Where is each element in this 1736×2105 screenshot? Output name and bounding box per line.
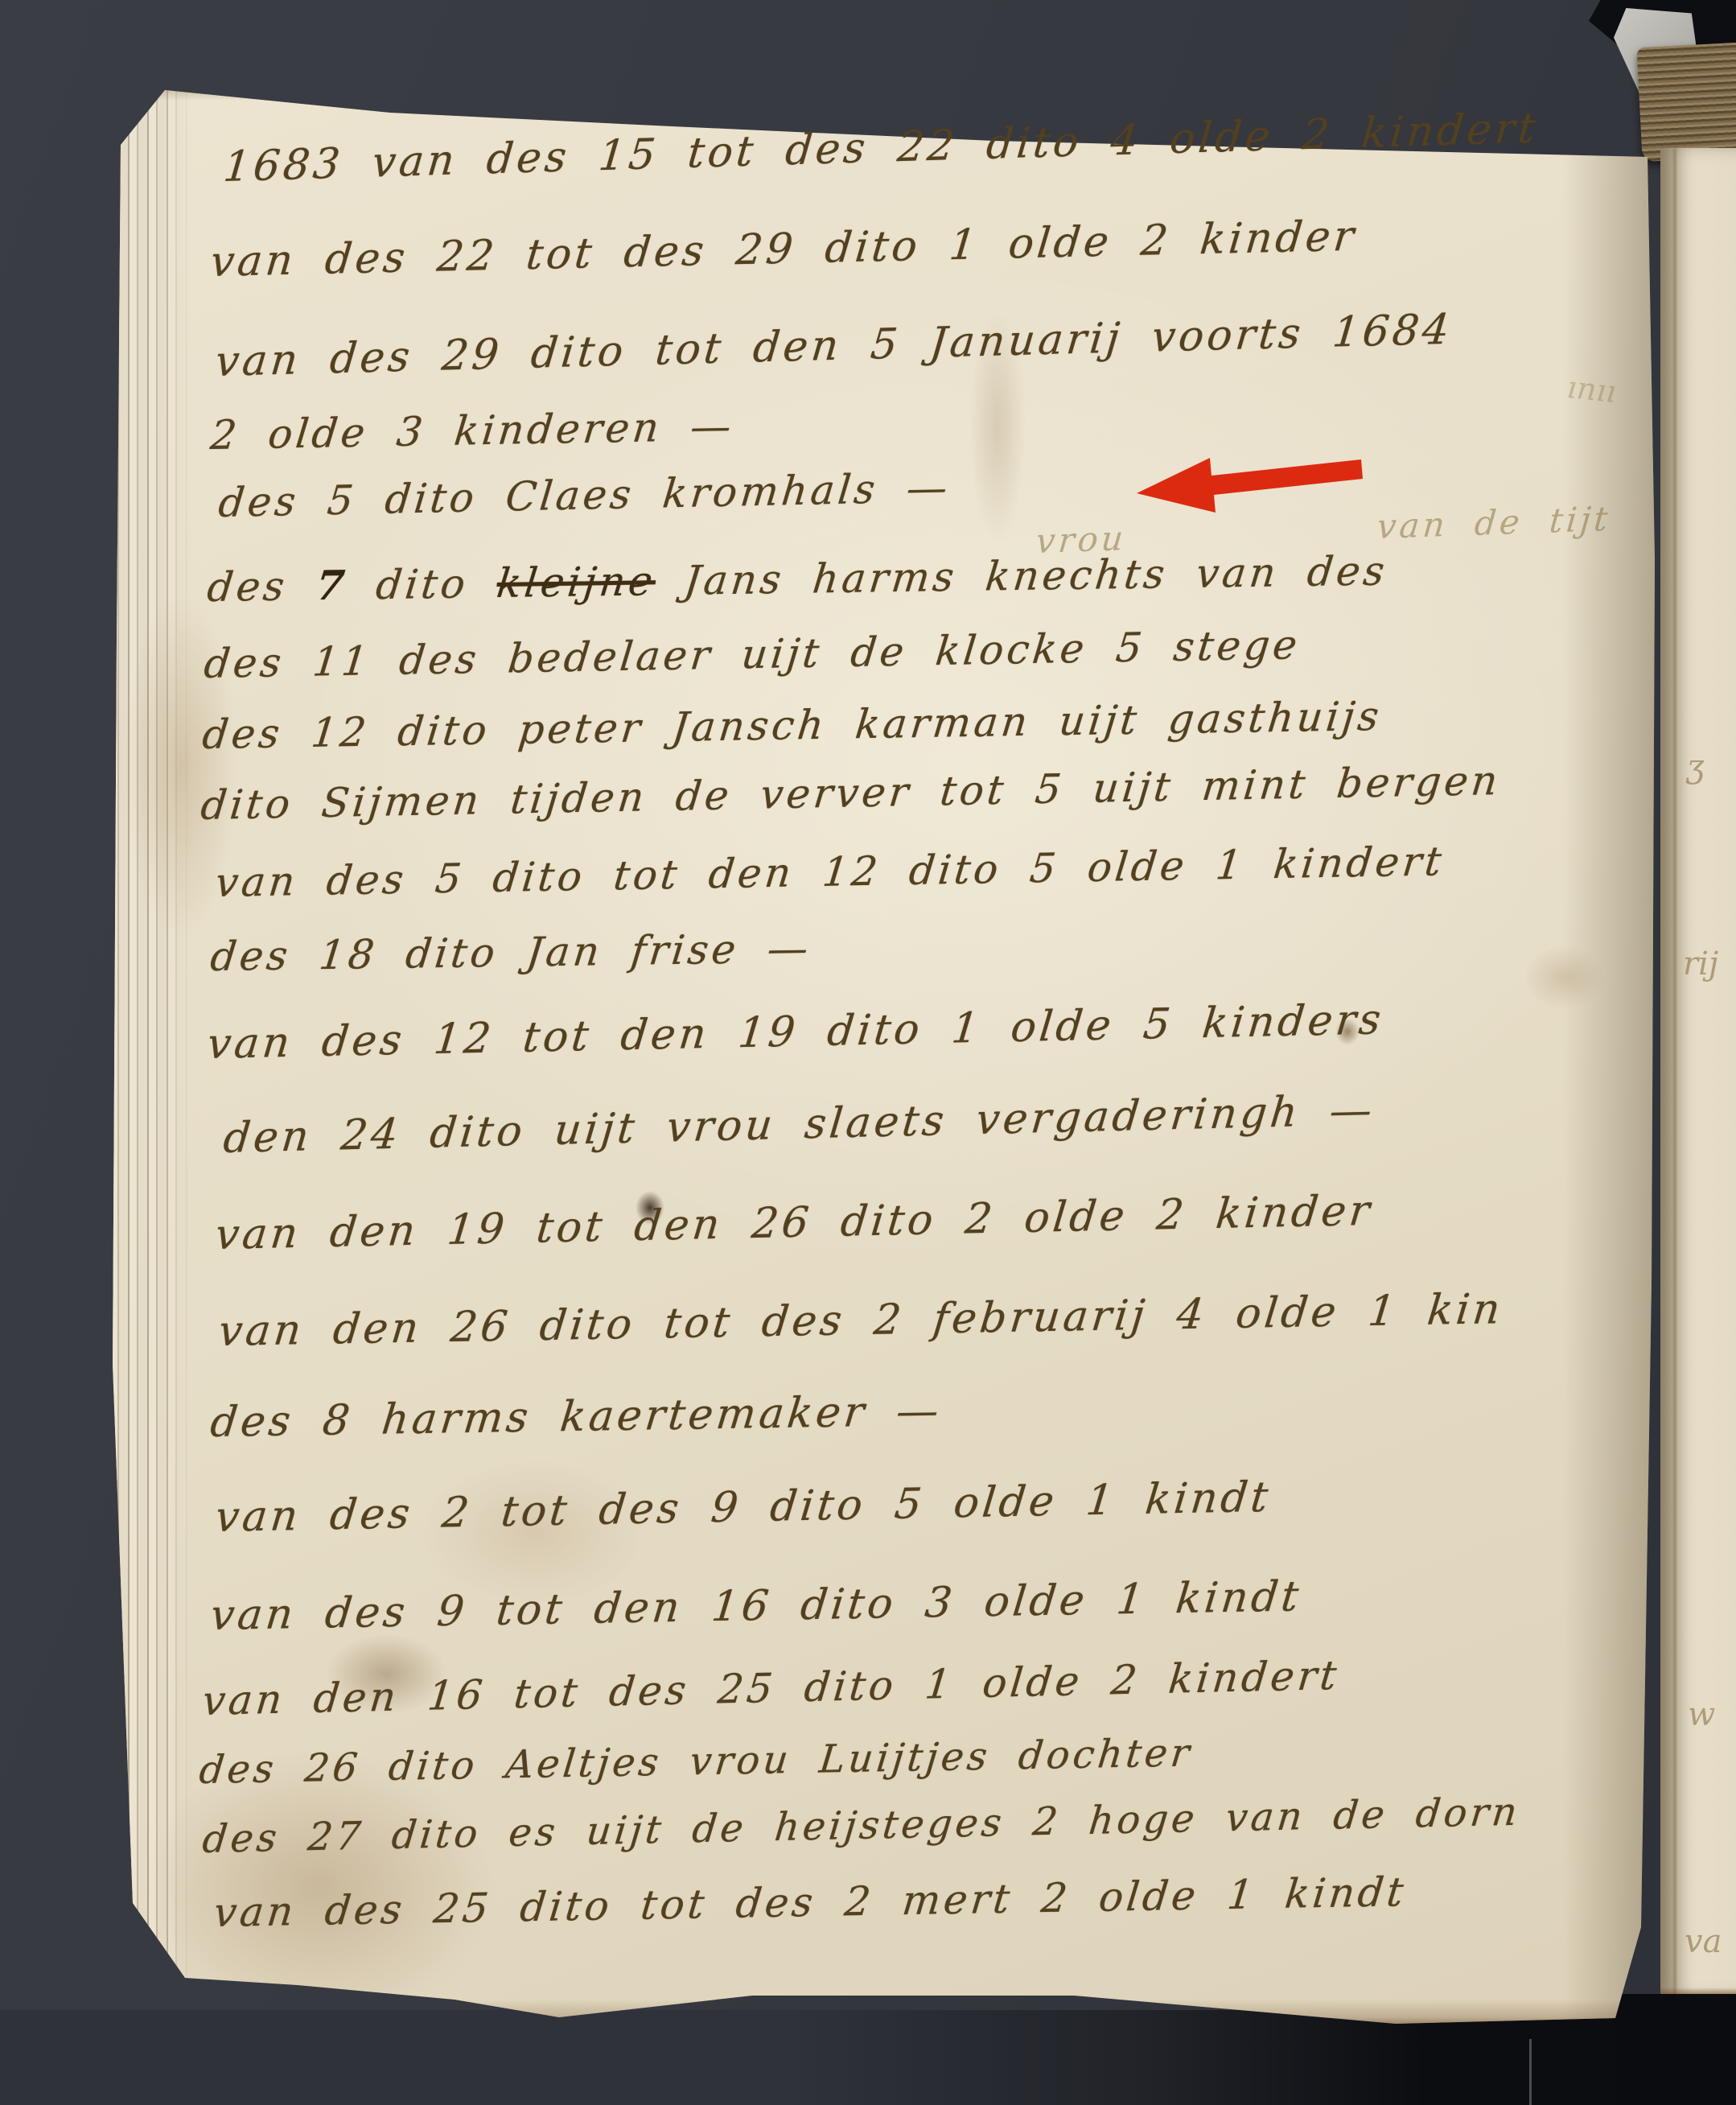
margin-fragment: w (1688, 1696, 1715, 1733)
line-part: des (205, 562, 319, 611)
struck-word: kleijne (495, 558, 658, 607)
margin-fragment: ʒ (1686, 748, 1705, 785)
margin-fragment: rij (1683, 945, 1718, 982)
line-part: dito (345, 560, 500, 609)
backdrop-highlight-line (1529, 2039, 1532, 2105)
fragment-text: va (1685, 1923, 1722, 1960)
backdrop-black-bottom-right (1614, 1994, 1736, 2105)
margin-fragment: va (1685, 1923, 1722, 1960)
line-text: des 18 dito Jan frise — (208, 925, 813, 981)
fragment-text: w (1688, 1696, 1715, 1733)
bleed-through-mark: ınıı (1565, 369, 1618, 410)
overwritten-number: 7 (314, 562, 350, 610)
interlinear-note: van de tijt (1376, 499, 1611, 546)
page-top-edge (109, 76, 1659, 101)
arrow-shape (1137, 458, 1363, 513)
line-text: 2 olde 3 kinderen — (208, 403, 737, 459)
note-text: van de tijt (1376, 499, 1613, 546)
manuscript-line: des 18 dito Jan frise — (211, 925, 812, 980)
ghost-text: ınıı (1565, 369, 1618, 410)
photograph: 1683 van des 15 tot des 22 dito 4 olde 2… (0, 0, 1736, 2105)
fragment-text: rij (1683, 945, 1718, 982)
backdrop-bottom (0, 2010, 1736, 2105)
manuscript-line: 2 olde 3 kinderen — (210, 403, 734, 459)
page-edge-stack (109, 76, 192, 2032)
book-page-block-edge (1636, 43, 1736, 162)
annotation-arrow-icon (1133, 439, 1366, 539)
fragment-text: ʒ (1686, 748, 1705, 785)
gutter-crease (1673, 148, 1676, 1999)
stain (1524, 945, 1605, 1010)
